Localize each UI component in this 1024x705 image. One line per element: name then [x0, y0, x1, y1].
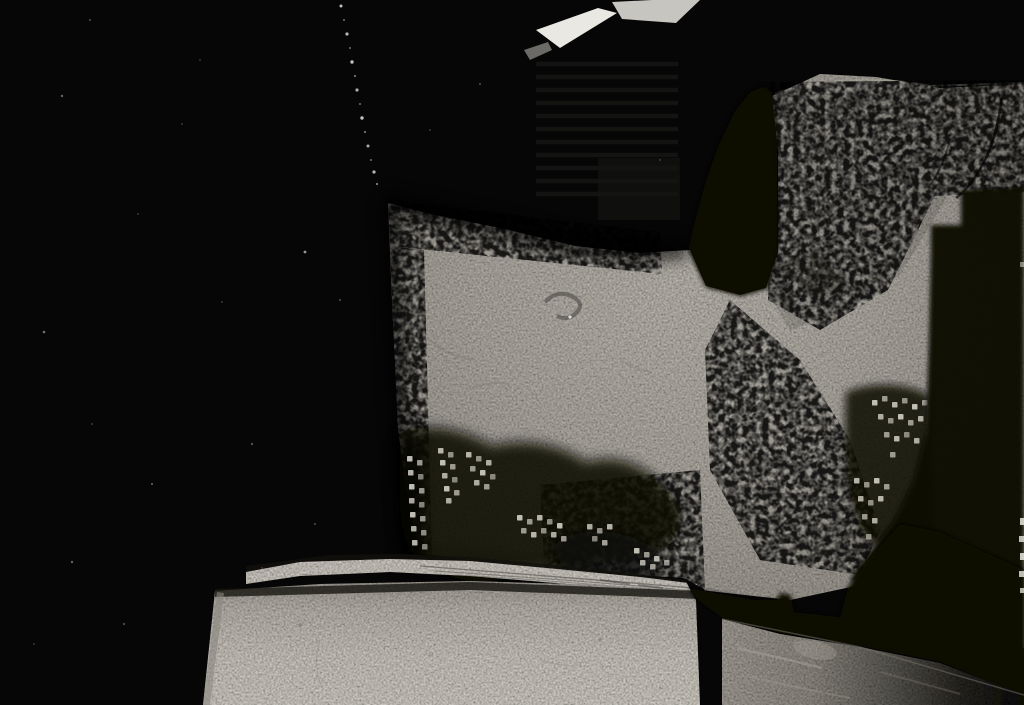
- stone-block-face: [203, 581, 700, 705]
- photo-canvas: [0, 0, 1024, 705]
- photograph: [0, 0, 1024, 705]
- stone-block: [203, 581, 700, 705]
